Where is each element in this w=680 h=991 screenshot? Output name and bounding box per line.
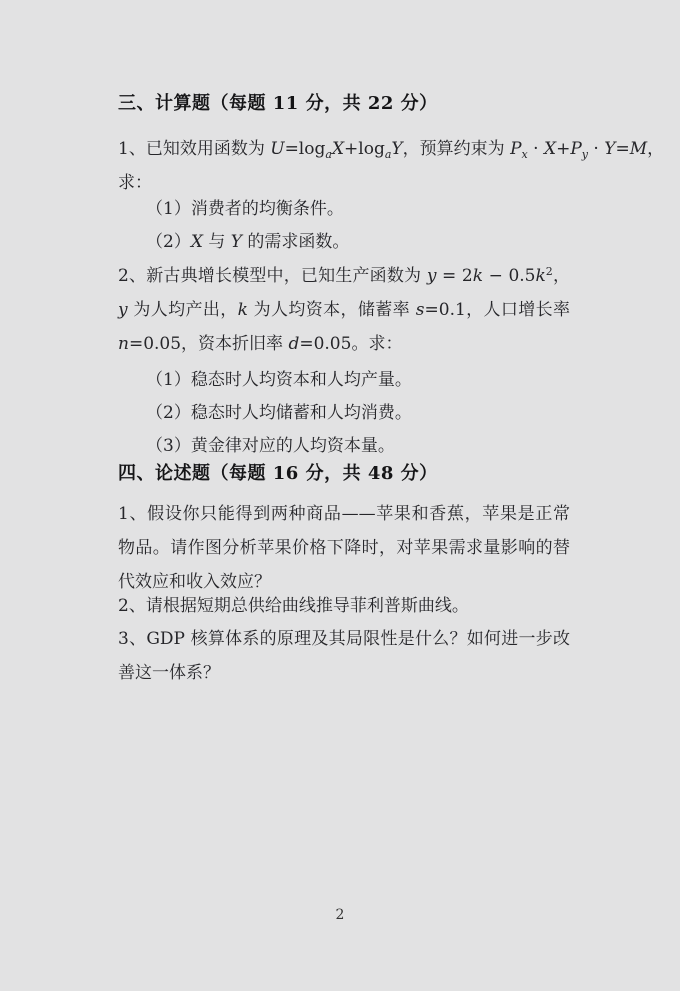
section-calc-heading: 三、计算题（每题 11 分，共 22 分） bbox=[118, 87, 438, 121]
math-var: X bbox=[544, 139, 556, 159]
math-var: Y bbox=[231, 232, 242, 252]
text-run: = bbox=[615, 139, 629, 159]
calc-q1-item-2: （2）X 与 Y 的需求函数。 bbox=[146, 225, 349, 259]
math-var: y bbox=[118, 300, 128, 320]
text-run: ，预算约束为 bbox=[403, 139, 510, 159]
math-var: U bbox=[270, 139, 284, 159]
text-run: 与 bbox=[203, 232, 231, 252]
text-run: 2、新古典增长模型中，已知生产函数为 bbox=[118, 266, 427, 286]
essay-q3: 3、GDP 核算体系的原理及其局限性是什么？如何进一步改善这一体系？ bbox=[118, 622, 570, 690]
text-run: 1、已知效用函数为 bbox=[118, 139, 270, 159]
math-var: P bbox=[510, 139, 521, 159]
page-number: 2 bbox=[0, 907, 680, 923]
math-var: d bbox=[288, 334, 299, 354]
section-essay-heading: 四、论述题（每题 16 分，共 48 分） bbox=[118, 457, 438, 491]
calc-q2-item-2: （2）稳态时人均储蓄和人均消费。 bbox=[146, 396, 412, 430]
text-run: 的需求函数。 bbox=[242, 232, 349, 252]
text-run: + bbox=[556, 139, 570, 159]
text-run: ， bbox=[553, 266, 570, 286]
math-var: y bbox=[427, 266, 437, 286]
text-run: =0.05，资本折旧率 bbox=[129, 334, 289, 354]
math-var: X bbox=[191, 232, 203, 252]
math-superscript: 2 bbox=[546, 265, 553, 278]
text-run: = 2 bbox=[436, 266, 472, 286]
text-run: （2） bbox=[146, 232, 191, 252]
essay-q1: 1、假设你只能得到两种商品——苹果和香蕉，苹果是正常物品。请作图分析苹果价格下降… bbox=[118, 497, 570, 599]
math-var: k bbox=[535, 266, 545, 286]
calc-q2-item-1: （1）稳态时人均资本和人均产量。 bbox=[146, 363, 412, 397]
math-var: k bbox=[473, 266, 483, 286]
text-run: =log bbox=[285, 139, 326, 159]
math-var: n bbox=[118, 334, 129, 354]
text-run: ， bbox=[647, 139, 664, 159]
math-var: s bbox=[416, 300, 425, 320]
text-run: +log bbox=[344, 139, 385, 159]
text-run: · bbox=[588, 139, 604, 159]
math-var: k bbox=[238, 300, 248, 320]
essay-q2: 2、请根据短期总供给曲线推导菲利普斯曲线。 bbox=[118, 589, 469, 623]
text-run: · bbox=[528, 139, 544, 159]
calc-q1-item-1: （1）消费者的均衡条件。 bbox=[146, 192, 344, 226]
math-var: P bbox=[570, 139, 581, 159]
math-var: Y bbox=[604, 139, 615, 159]
math-var: M bbox=[630, 139, 647, 159]
math-var: X bbox=[332, 139, 344, 159]
calc-q2-statement: 2、新古典增长模型中，已知生产函数为 y = 2k − 0.5k2，y 为人均产… bbox=[118, 259, 570, 361]
calc-q1-statement: 1、已知效用函数为 U=logaX+logaY，预算约束为 Px · X+Py … bbox=[118, 132, 664, 166]
text-run: 为人均资本，储蓄率 bbox=[248, 300, 416, 320]
exam-page: 三、计算题（每题 11 分，共 22 分） 1、已知效用函数为 U=logaX+… bbox=[0, 0, 680, 991]
text-run: =0.05。求： bbox=[299, 334, 402, 354]
text-run: =0.1，人口增长率 bbox=[425, 300, 571, 320]
text-run: 为人均产出， bbox=[128, 300, 238, 320]
text-run: − 0.5 bbox=[483, 266, 535, 286]
math-var: Y bbox=[391, 139, 402, 159]
